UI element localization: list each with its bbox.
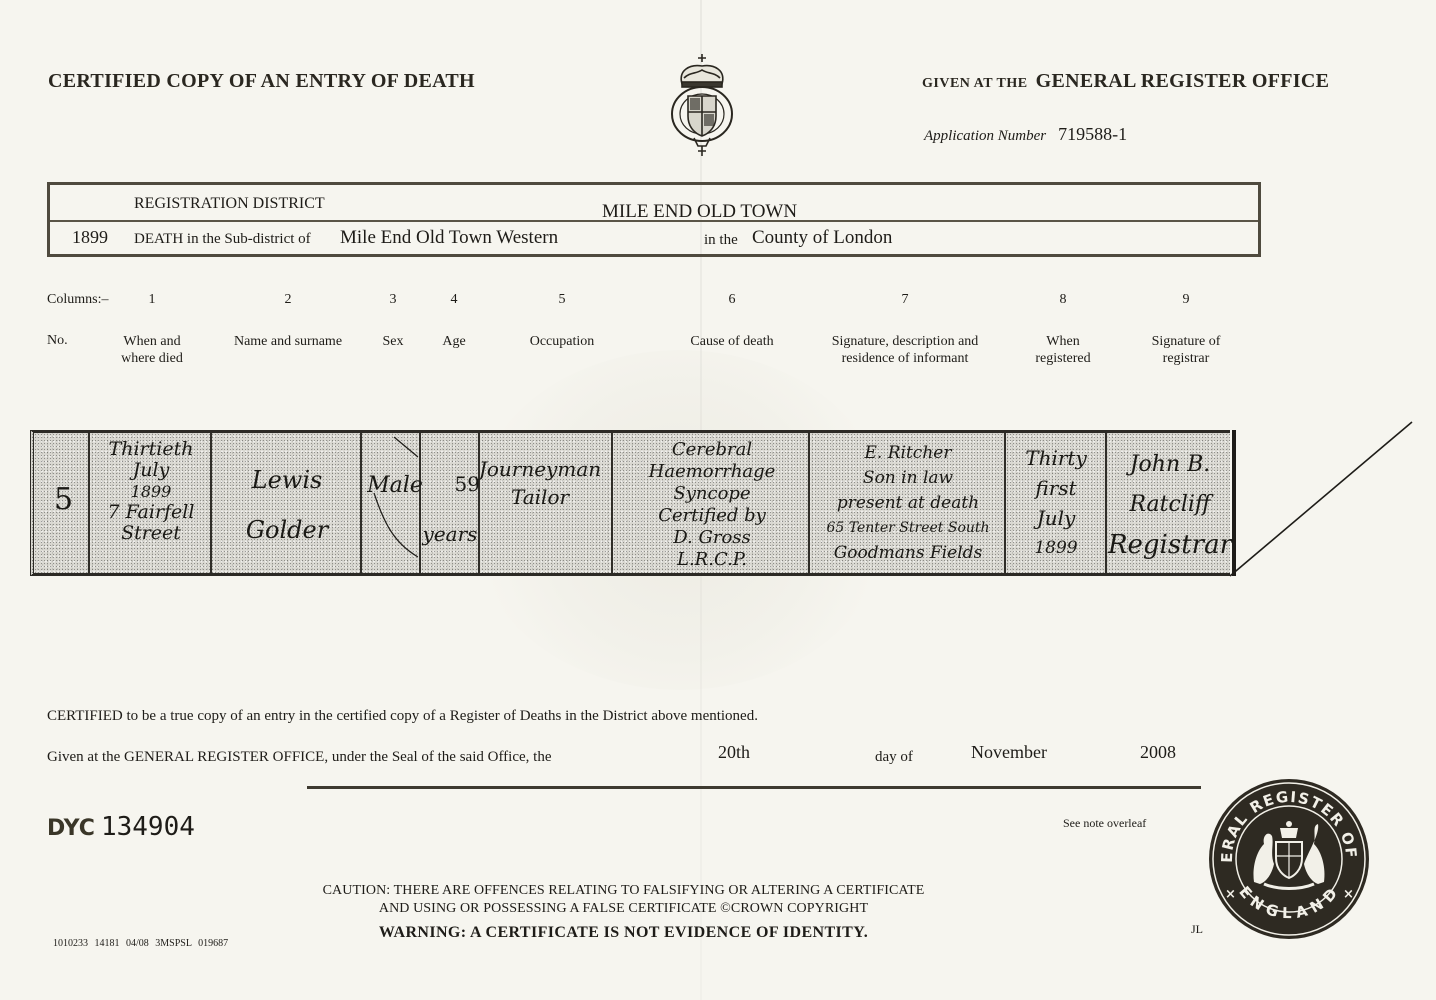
heading-line: Sex [383,333,404,350]
day-of-label: day of [875,749,913,766]
entry-occupation: Journeyman Tailor [460,455,620,511]
handwriting-line: Haemorrhage [614,461,810,483]
issuer-name: GENERAL REGISTER OFFICE [1036,70,1330,92]
general-register-office-seal-icon: GENERAL REGISTER OFFICE ENGLAND × × [1208,778,1370,940]
royal-crest-icon [668,52,736,160]
entry-cause-of-death: Cerebral Haemorrhage Syncope Certified b… [614,439,810,571]
heading-line: Cause of death [690,333,773,350]
column-number-8: 8 [1060,292,1067,308]
entry-name: Lewis Golder [214,455,360,555]
column-divider [88,433,90,573]
handwriting-line: Ratcliff [1106,485,1234,525]
column-heading-cause-of-death: Cause of death [690,333,773,350]
column-number-9: 9 [1183,292,1190,308]
heading-line: Signature, description and [832,333,979,350]
register-entry-row: 5 Thirtieth July 1899 7 Fairfell Street … [30,430,1230,576]
heading-line: registered [1035,350,1090,367]
handwriting-line: Son in law [810,466,1006,491]
see-note-overleaf: See note overleaf [1063,816,1146,831]
heading-line: Name and surname [234,333,342,350]
print-code: 1010233 14181 04/08 3MSPSL 019687 [53,938,228,949]
handwriting-line: John B. [1106,445,1234,485]
application-number: Application Number 719588-1 [924,124,1127,145]
entry-when-where-died: Thirtieth July 1899 7 Fairfell Street [92,439,210,544]
certification-day: 20th [718,742,750,763]
heading-line: Age [442,333,465,350]
certificate-serial: DYC134904 [47,812,195,842]
column-heading-occupation: Occupation [530,333,595,350]
county-value: County of London [752,227,892,249]
column-heading-when-where-died: When and where died [121,333,183,367]
strike-line [364,433,420,573]
handwriting-line: July [1006,503,1106,533]
column-number-4: 4 [451,292,458,308]
registration-district-value: MILE END OLD TOWN [602,201,797,223]
serial-number: 134904 [101,812,195,842]
entry-number: 5 [54,489,73,510]
handwriting-line: 1899 [1006,533,1106,563]
column-number-2: 2 [285,292,292,308]
column-number-6: 6 [729,292,736,308]
handwriting-line: Cerebral [614,439,810,461]
column-number-1: 1 [149,292,156,308]
handwriting-line: July [92,460,210,481]
handwriting-line: present at death [810,491,1006,516]
handwriting-line: Thirty [1006,443,1106,473]
svg-text:×: × [1343,887,1354,902]
certification-month: November [971,742,1047,763]
certification-year: 2008 [1140,742,1176,763]
heading-line: When [1035,333,1090,350]
heading-line: where died [121,350,183,367]
serial-prefix: DYC [47,816,95,841]
registration-year: 1899 [72,227,108,248]
issuer-prefix: GIVEN AT THE [922,76,1028,91]
clerk-initials: JL [1191,922,1203,937]
column-number-3: 3 [390,292,397,308]
cancellation-line [1228,418,1428,578]
application-number-label: Application Number [924,128,1046,144]
handwriting-line: years [420,509,480,559]
subdistrict-value: Mile End Old Town Western [340,227,558,249]
column-heading-name: Name and surname [234,333,342,350]
column-heading-registrar: Signature of registrar [1152,333,1221,367]
handwriting-line: Syncope [614,483,810,505]
registration-district-label: REGISTRATION DISTRICT [134,195,325,213]
columns-label: Columns:– [47,292,108,308]
application-number-value: 719588-1 [1058,124,1127,144]
handwriting-line: Street [92,523,210,544]
heading-line: When and [121,333,183,350]
registration-district-box: REGISTRATION DISTRICT MILE END OLD TOWN … [47,182,1261,257]
handwriting-line: 1899 [92,481,210,502]
entry-when-registered: Thirty first July 1899 [1006,443,1106,563]
heading-line: registrar [1152,350,1221,367]
column-heading-age: Age [442,333,465,350]
column-heading-sex: Sex [383,333,404,350]
handwriting-line: first [1006,473,1106,503]
issuer-heading: GIVEN AT THE GENERAL REGISTER OFFICE [922,70,1329,93]
caution-line: AND USING OR POSSESSING A FALSE CERTIFIC… [296,900,951,918]
handwriting-line: 65 Tenter Street South [810,516,1006,541]
handwriting-line: Golder [214,505,360,555]
handwriting-line: L.R.C.P. [614,549,810,571]
handwriting-line: Journeyman [460,455,620,483]
identity-warning: WARNING: A CERTIFICATE IS NOT EVIDENCE O… [296,924,951,942]
subdistrict-label: DEATH in the Sub-district of [134,231,311,248]
heading-line: Occupation [530,333,595,350]
handwriting-line: D. Gross [614,527,810,549]
column-heading-when-registered: When registered [1035,333,1090,367]
column-divider [360,433,362,573]
handwriting-line: Thirtieth [92,439,210,460]
caution-notice: CAUTION: THERE ARE OFFENCES RELATING TO … [296,882,951,918]
handwriting-line: Registrar [1106,525,1234,565]
column-number-7: 7 [902,292,909,308]
entry-registrar: John B. Ratcliff Registrar [1106,445,1234,565]
document-title: CERTIFIED COPY OF AN ENTRY OF DEATH [48,70,475,93]
handwriting-line: E. Ritcher [810,441,1006,466]
county-label: in the [704,232,738,249]
column-divider [210,433,212,573]
column-no-label: No. [47,333,68,349]
handwriting-line: Lewis [214,455,360,505]
given-statement: Given at the GENERAL REGISTER OFFICE, un… [47,749,552,766]
column-heading-informant: Signature, description and residence of … [832,333,979,367]
handwriting-line: Tailor [460,483,620,511]
heading-line: residence of informant [832,350,979,367]
column-number-5: 5 [559,292,566,308]
certified-statement: CERTIFIED to be a true copy of an entry … [47,708,758,725]
handwriting-line: 7 Fairfell [92,502,210,523]
svg-text:×: × [1225,887,1236,902]
entry-informant: E. Ritcher Son in law present at death 6… [810,441,1006,566]
signature-rule [307,786,1201,789]
handwriting-line: Certified by [614,505,810,527]
heading-line: Signature of [1152,333,1221,350]
caution-line: CAUTION: THERE ARE OFFENCES RELATING TO … [296,882,951,900]
handwriting-line: Goodmans Fields [810,541,1006,566]
